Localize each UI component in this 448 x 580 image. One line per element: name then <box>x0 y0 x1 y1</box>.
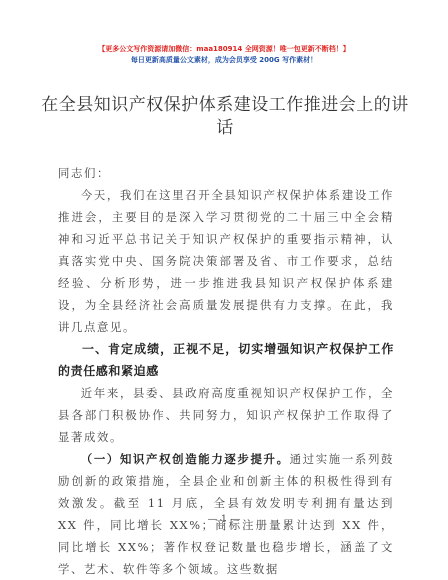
salutation: 同志们： <box>58 162 394 184</box>
document-title: 在全县知识产权保护体系建设工作推进会上的讲话 <box>40 94 410 140</box>
section-1-intro: 近年来，县委、县政府高度重视知识产权保护工作，全县各部门积极协作、共同努力，知识… <box>58 382 394 448</box>
page-number: — 1 — <box>0 514 448 525</box>
promo-line-blue: 每日更新高质量公文素材，成为会员享受 200G 写作素材！ <box>0 55 448 66</box>
promo-line-red: 【更多公文写作资源请加微信：maa180914 全网资源！唯一包更新不断档！】 <box>0 44 448 55</box>
promo-banner: 【更多公文写作资源请加微信：maa180914 全网资源！唯一包更新不断档！】 … <box>0 44 448 66</box>
subsection-1-heading: （一）知识产权创造能力逐步提升。 <box>81 452 290 466</box>
section-heading-1: 一、肯定成绩，正视不足，切实增强知识产权保护工作的责任感和紧迫感 <box>58 338 394 382</box>
intro-paragraph: 今天，我们在这里召开全县知识产权保护体系建设工作推进会，主要目的是深入学习贯彻党… <box>58 184 394 338</box>
